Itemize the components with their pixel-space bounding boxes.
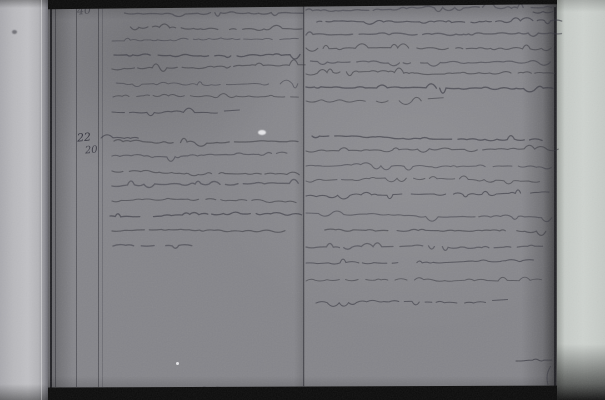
handwritten-line (113, 94, 298, 98)
handwritten-line (112, 38, 298, 41)
handwritten-line (306, 243, 543, 251)
handwritten-line (112, 198, 296, 202)
handwritten-line (130, 24, 302, 30)
photo-frame: 40 22 20 (0, 0, 605, 400)
paper-defect-speck (12, 30, 17, 34)
handwritten-line (306, 163, 551, 170)
handwritten-line (306, 97, 443, 104)
handwritten-line (113, 245, 192, 249)
handwritten-line (311, 61, 551, 67)
handwritten-line (312, 136, 542, 141)
handwritten-line (306, 68, 555, 76)
margin-entry-number: 22 (77, 131, 92, 143)
handwritten-line (112, 152, 287, 161)
handwriting-layer (0, 0, 605, 400)
handwritten-line (306, 211, 552, 222)
handwritten-line (125, 12, 304, 17)
handwritten-line (325, 229, 546, 235)
handwritten-line (306, 32, 561, 36)
handwritten-line (306, 176, 549, 184)
handwritten-line (114, 54, 300, 59)
handwritten-line (306, 259, 539, 264)
handwritten-line (114, 138, 298, 146)
handwritten-line (317, 18, 562, 24)
handwritten-line (316, 299, 508, 306)
catchword-flourish (547, 366, 551, 385)
paper-defect-speck (176, 362, 179, 365)
handwritten-line (112, 229, 285, 232)
handwritten-line (306, 145, 558, 152)
handwritten-line (533, 11, 553, 13)
handwritten-line (110, 212, 302, 217)
margin-entry-sub-number: 20 (85, 145, 99, 156)
handwritten-line (306, 44, 551, 51)
paper-defect-speck (258, 130, 266, 135)
handwritten-line (112, 170, 299, 175)
handwritten-line (112, 179, 298, 187)
handwritten-line (112, 60, 305, 72)
handwritten-line (101, 135, 138, 139)
handwritten-line (516, 359, 552, 361)
handwritten-line (306, 277, 542, 281)
handwritten-line (306, 84, 553, 93)
handwritten-line (112, 108, 239, 115)
handwritten-line (116, 80, 298, 88)
handwritten-line (306, 190, 549, 199)
